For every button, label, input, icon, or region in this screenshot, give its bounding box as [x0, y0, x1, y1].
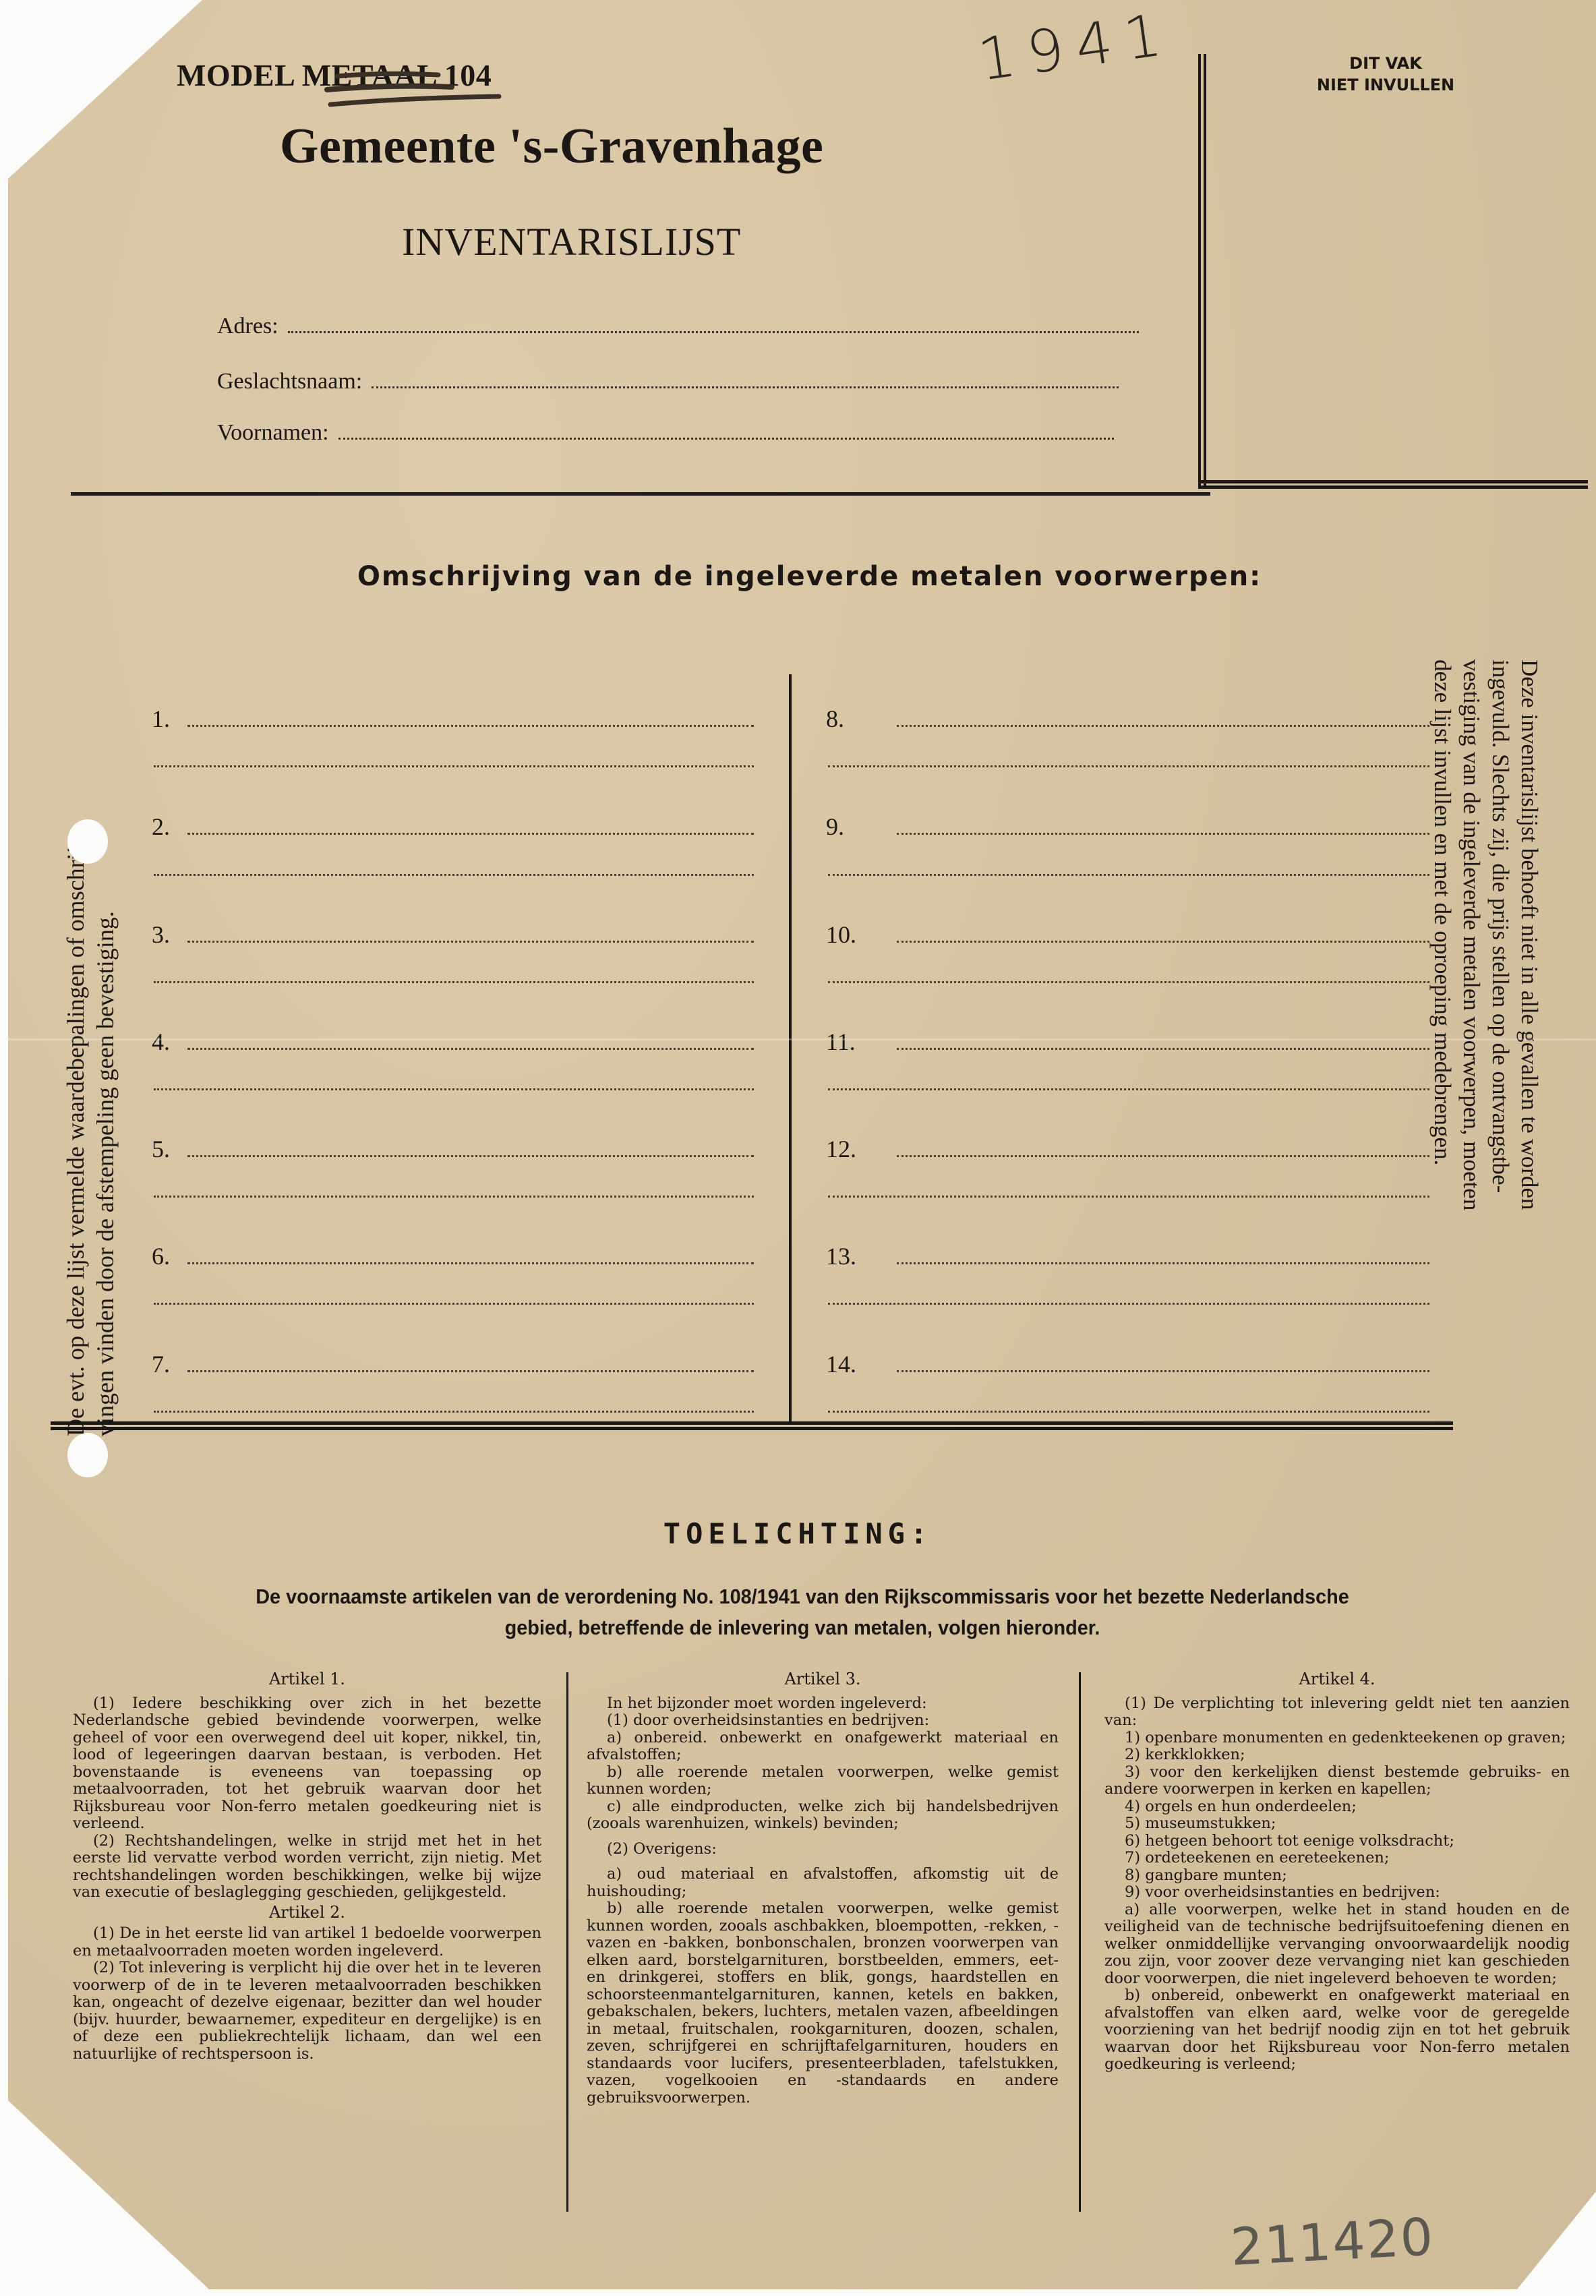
item-10-line2[interactable]	[828, 981, 1429, 983]
artikel-1-2-column: Artikel 1. (1) Iedere beschikking over z…	[73, 1671, 541, 2063]
artikel-3-sub-1a: a) onbereid. onbewerkt en onafgewerkt ma…	[587, 1730, 1059, 1764]
item-3-line2[interactable]	[154, 981, 754, 983]
item-8-line[interactable]	[897, 725, 1429, 727]
artikel-3-sub-2b: b) alle roerende metalen voorwerpen, wel…	[587, 1900, 1059, 2107]
item-5-line[interactable]	[187, 1155, 754, 1157]
spacer	[587, 1833, 1059, 1841]
artikel-4-item: 7) ordeteekenen en eereteekenen;	[1104, 1850, 1570, 1867]
items-column-divider	[789, 674, 792, 1423]
left-vertical-note: De evt. op deze lijst vermelde waardebep…	[61, 838, 120, 1436]
item-10-line[interactable]	[897, 941, 1429, 943]
address-label: Adres:	[217, 314, 278, 339]
item-number: 8.	[826, 705, 844, 733]
surname-label: Geslachtsnaam:	[217, 369, 362, 394]
items-heading: Omschrijving van de ingeleverde metalen …	[357, 561, 1262, 592]
artikel-4-item: 1) openbare monumenten en gedenkteekenen…	[1104, 1730, 1570, 1747]
item-12-line[interactable]	[897, 1155, 1429, 1157]
item-5-line2[interactable]	[154, 1196, 754, 1198]
toelichting-intro: De voornaamste artikelen van de verorden…	[128, 1581, 1477, 1643]
intro-line1: De voornaamste artikelen van de verorden…	[128, 1581, 1477, 1612]
artikel-2-title: Artikel 2.	[73, 1904, 541, 1922]
item-number: 7.	[152, 1350, 170, 1378]
items-section-bottom-border	[51, 1421, 1453, 1425]
office-box-line2: NIET INVULLEN	[1274, 74, 1497, 96]
artikel-1-para-2: (2) Rechtshandelingen, welke in strijd m…	[73, 1833, 541, 1902]
artikel-4-item: b) onbereid, onbewerkt en onafgewerkt ma…	[1104, 1987, 1570, 2073]
firstnames-input-line[interactable]	[338, 438, 1114, 440]
item-4-line[interactable]	[187, 1048, 754, 1050]
artikel-4-item: 2) kerkklokken;	[1104, 1746, 1570, 1764]
artikel-4-item: 4) orgels en hun onderdeelen;	[1104, 1798, 1570, 1816]
item-number: 13.	[826, 1242, 856, 1270]
item-14-line2[interactable]	[828, 1411, 1429, 1413]
right-note-line1: Deze inventarislijst behoeft niet in all…	[1515, 659, 1544, 1210]
form-title: INVENTARISLIJST	[402, 219, 741, 264]
artikel-4-item: 3) voor den kerkelijken dienst bestemde …	[1104, 1764, 1570, 1798]
artikel-4-column: Artikel 4. (1) De verplichting tot inlev…	[1104, 1671, 1570, 2073]
item-6-line2[interactable]	[154, 1303, 754, 1305]
left-note-line2: vingen vinden door de afstempeling geen …	[90, 838, 120, 1436]
item-2-line2[interactable]	[154, 874, 754, 876]
item-8-line2[interactable]	[828, 765, 1429, 767]
item-number: 9.	[826, 813, 844, 841]
item-12-line2[interactable]	[828, 1196, 1429, 1198]
artikel-3-intro: In het bijzonder moet worden ingeleverd:	[587, 1695, 1059, 1713]
surname-input-line[interactable]	[372, 386, 1119, 388]
item-1-line2[interactable]	[154, 765, 754, 767]
archive-number: 211420	[1229, 2206, 1436, 2277]
handwritten-underline	[324, 71, 580, 111]
item-14-line[interactable]	[897, 1370, 1429, 1372]
item-9-line2[interactable]	[828, 874, 1429, 876]
office-box-bottom-border	[1198, 480, 1588, 483]
header-divider	[71, 492, 1210, 496]
column-separator-1	[566, 1672, 568, 2212]
item-number: 14.	[826, 1350, 856, 1378]
artikel-3-sub-2a: a) oud materiaal en afvalstoffen, afkoms…	[587, 1866, 1059, 1900]
artikel-2-para-1: (1) De in het eerste lid van artikel 1 b…	[73, 1925, 541, 1960]
municipality-title: Gemeente 's-Gravenhage	[280, 118, 823, 175]
artikel-1-para-1: (1) Iedere beschikking over zich in het …	[73, 1695, 541, 1833]
office-use-box: DIT VAK NIET INVULLEN	[1274, 53, 1497, 96]
surname-field[interactable]: Geslachtsnaam:	[217, 369, 1119, 394]
item-2-line[interactable]	[187, 833, 754, 835]
item-number: 6.	[152, 1242, 170, 1270]
right-note-line3: vestiging van de ingeleverde metalen voo…	[1457, 659, 1486, 1210]
office-box-border	[1198, 54, 1201, 487]
address-input-line[interactable]	[288, 331, 1139, 333]
artikel-4-item: 9) voor overheidsinstanties en bedrijven…	[1104, 1884, 1570, 1902]
firstnames-field[interactable]: Voornamen:	[217, 420, 1114, 446]
item-4-line2[interactable]	[154, 1088, 754, 1090]
item-number: 5.	[152, 1135, 170, 1163]
artikel-4-title: Artikel 4.	[1104, 1671, 1570, 1688]
fold-crease	[8, 1038, 1596, 1040]
left-note-line1: De evt. op deze lijst vermelde waardebep…	[61, 838, 90, 1436]
artikel-4-item: 6) hetgeen behoort tot eenige volksdrach…	[1104, 1833, 1570, 1850]
artikel-3-column: Artikel 3. In het bijzonder moet worden …	[587, 1671, 1059, 2107]
item-number: 4.	[152, 1028, 170, 1056]
column-separator-2	[1079, 1672, 1081, 2212]
artikel-4-item: 5) museumstukken;	[1104, 1815, 1570, 1833]
right-vertical-note: Deze inventarislijst behoeft niet in all…	[1428, 659, 1544, 1210]
document-paper: MODEL METAAL 104 1941 Gemeente 's-Graven…	[0, 0, 1596, 2296]
toelichting-heading: TOELICHTING:	[0, 1517, 1596, 1550]
punch-hole-bottom	[67, 1433, 108, 1477]
intro-line2: gebied, betreffende de inlevering van me…	[128, 1612, 1477, 1643]
artikel-4-para-1: (1) De verplichting tot inlevering geldt…	[1104, 1695, 1570, 1730]
item-3-line[interactable]	[187, 941, 754, 943]
right-note-line4: deze lijst invullen en met de oproeping …	[1428, 659, 1457, 1210]
item-number: 10.	[826, 920, 856, 949]
artikel-3-sub-1c: c) alle eindproducten, welke zich bij ha…	[587, 1798, 1059, 1833]
artikel-4-item: 8) gangbare munten;	[1104, 1867, 1570, 1885]
artikel-4-item: a) alle voorwerpen, welke het in stand h…	[1104, 1902, 1570, 1988]
item-9-line[interactable]	[897, 833, 1429, 835]
artikel-3-sub-1b: b) alle roerende metalen voorwerpen, wel…	[587, 1764, 1059, 1798]
item-1-line[interactable]	[187, 725, 754, 727]
handwritten-year: 1941	[974, 0, 1177, 94]
item-7-line2[interactable]	[154, 1411, 754, 1413]
item-7-line[interactable]	[187, 1370, 754, 1372]
artikel-3-title: Artikel 3.	[587, 1671, 1059, 1688]
item-number: 3.	[152, 920, 170, 949]
item-11-line[interactable]	[897, 1048, 1429, 1050]
office-box-line1: DIT VAK	[1274, 53, 1497, 74]
address-field[interactable]: Adres:	[217, 314, 1139, 339]
item-number: 2.	[152, 813, 170, 841]
right-note-line2: ingevuld. Slechts zij, die prijs stellen…	[1486, 659, 1515, 1210]
punch-hole-top	[67, 819, 108, 864]
artikel-3-sub-1: (1) door overheidsinstanties en bedrijve…	[587, 1712, 1059, 1730]
item-13-line2[interactable]	[828, 1303, 1429, 1305]
artikel-3-sub-2: (2) Overigens:	[587, 1841, 1059, 1858]
firstnames-label: Voornamen:	[217, 420, 329, 446]
item-number: 12.	[826, 1135, 856, 1163]
artikel-2-para-2: (2) Tot inlevering is verplicht hij die …	[73, 1960, 541, 2063]
artikel-1-title: Artikel 1.	[73, 1671, 541, 1688]
item-11-line2[interactable]	[828, 1088, 1429, 1090]
item-number: 11.	[826, 1028, 856, 1056]
item-number: 1.	[152, 705, 170, 733]
item-6-line[interactable]	[187, 1262, 754, 1264]
item-13-line[interactable]	[897, 1262, 1429, 1264]
